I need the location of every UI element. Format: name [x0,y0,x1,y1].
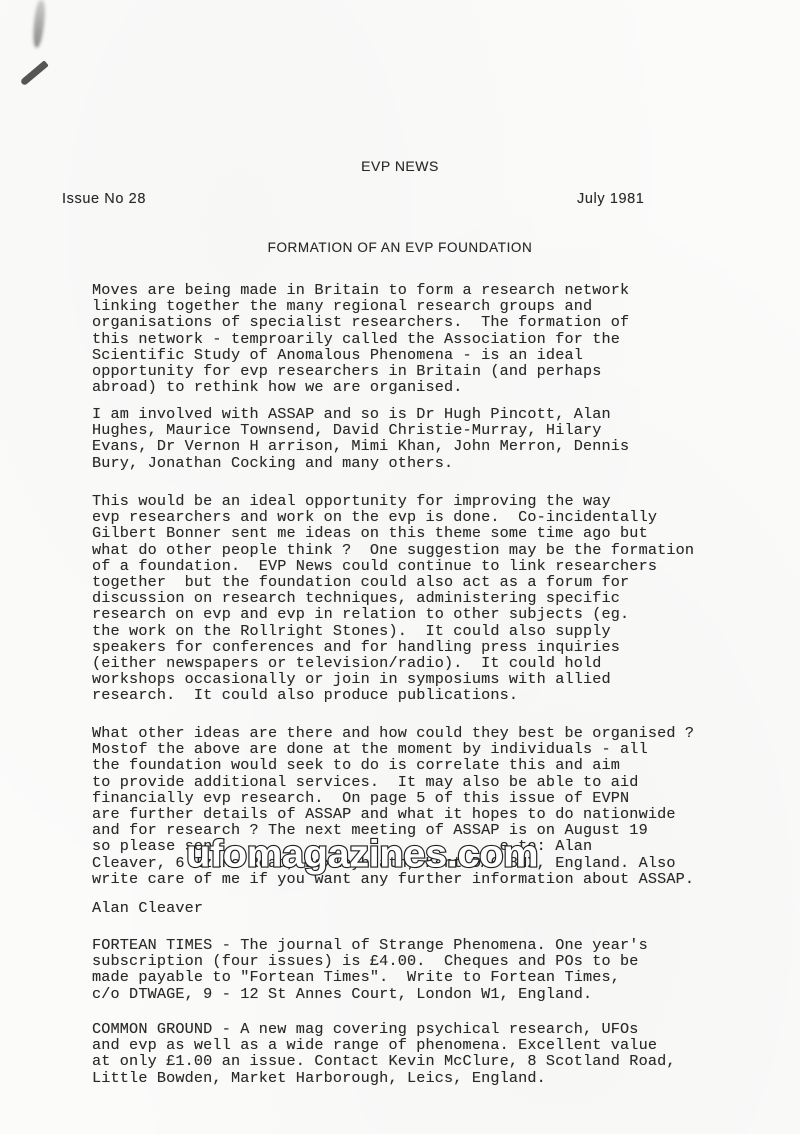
article-paragraph: This would be an ideal opportunity for i… [92,493,694,704]
article-paragraph: I am involved with ASSAP and so is Dr Hu… [92,406,629,471]
issue-number: Issue No 28 [62,191,146,207]
masthead-title: EVP NEWS [0,158,800,174]
article-paragraph: Moves are being made in Britain to form … [92,282,629,395]
notice-fortean-times: FORTEAN TIMES - The journal of Strange P… [92,937,648,1002]
notice-common-ground: COMMON GROUND - A new mag covering psych… [92,1021,676,1086]
watermark-overlay: ufomagazines.com [186,835,538,873]
document-page: EVP NEWS Issue No 28 July 1981 FORMATION… [0,0,800,1134]
issue-date: July 1981 [577,191,644,207]
pen-mark-decoration [20,60,49,86]
article-headline: FORMATION OF AN EVP FOUNDATION [0,240,800,256]
ink-smudge-decoration [32,0,47,48]
author-signature: Alan Cleaver [92,900,203,916]
